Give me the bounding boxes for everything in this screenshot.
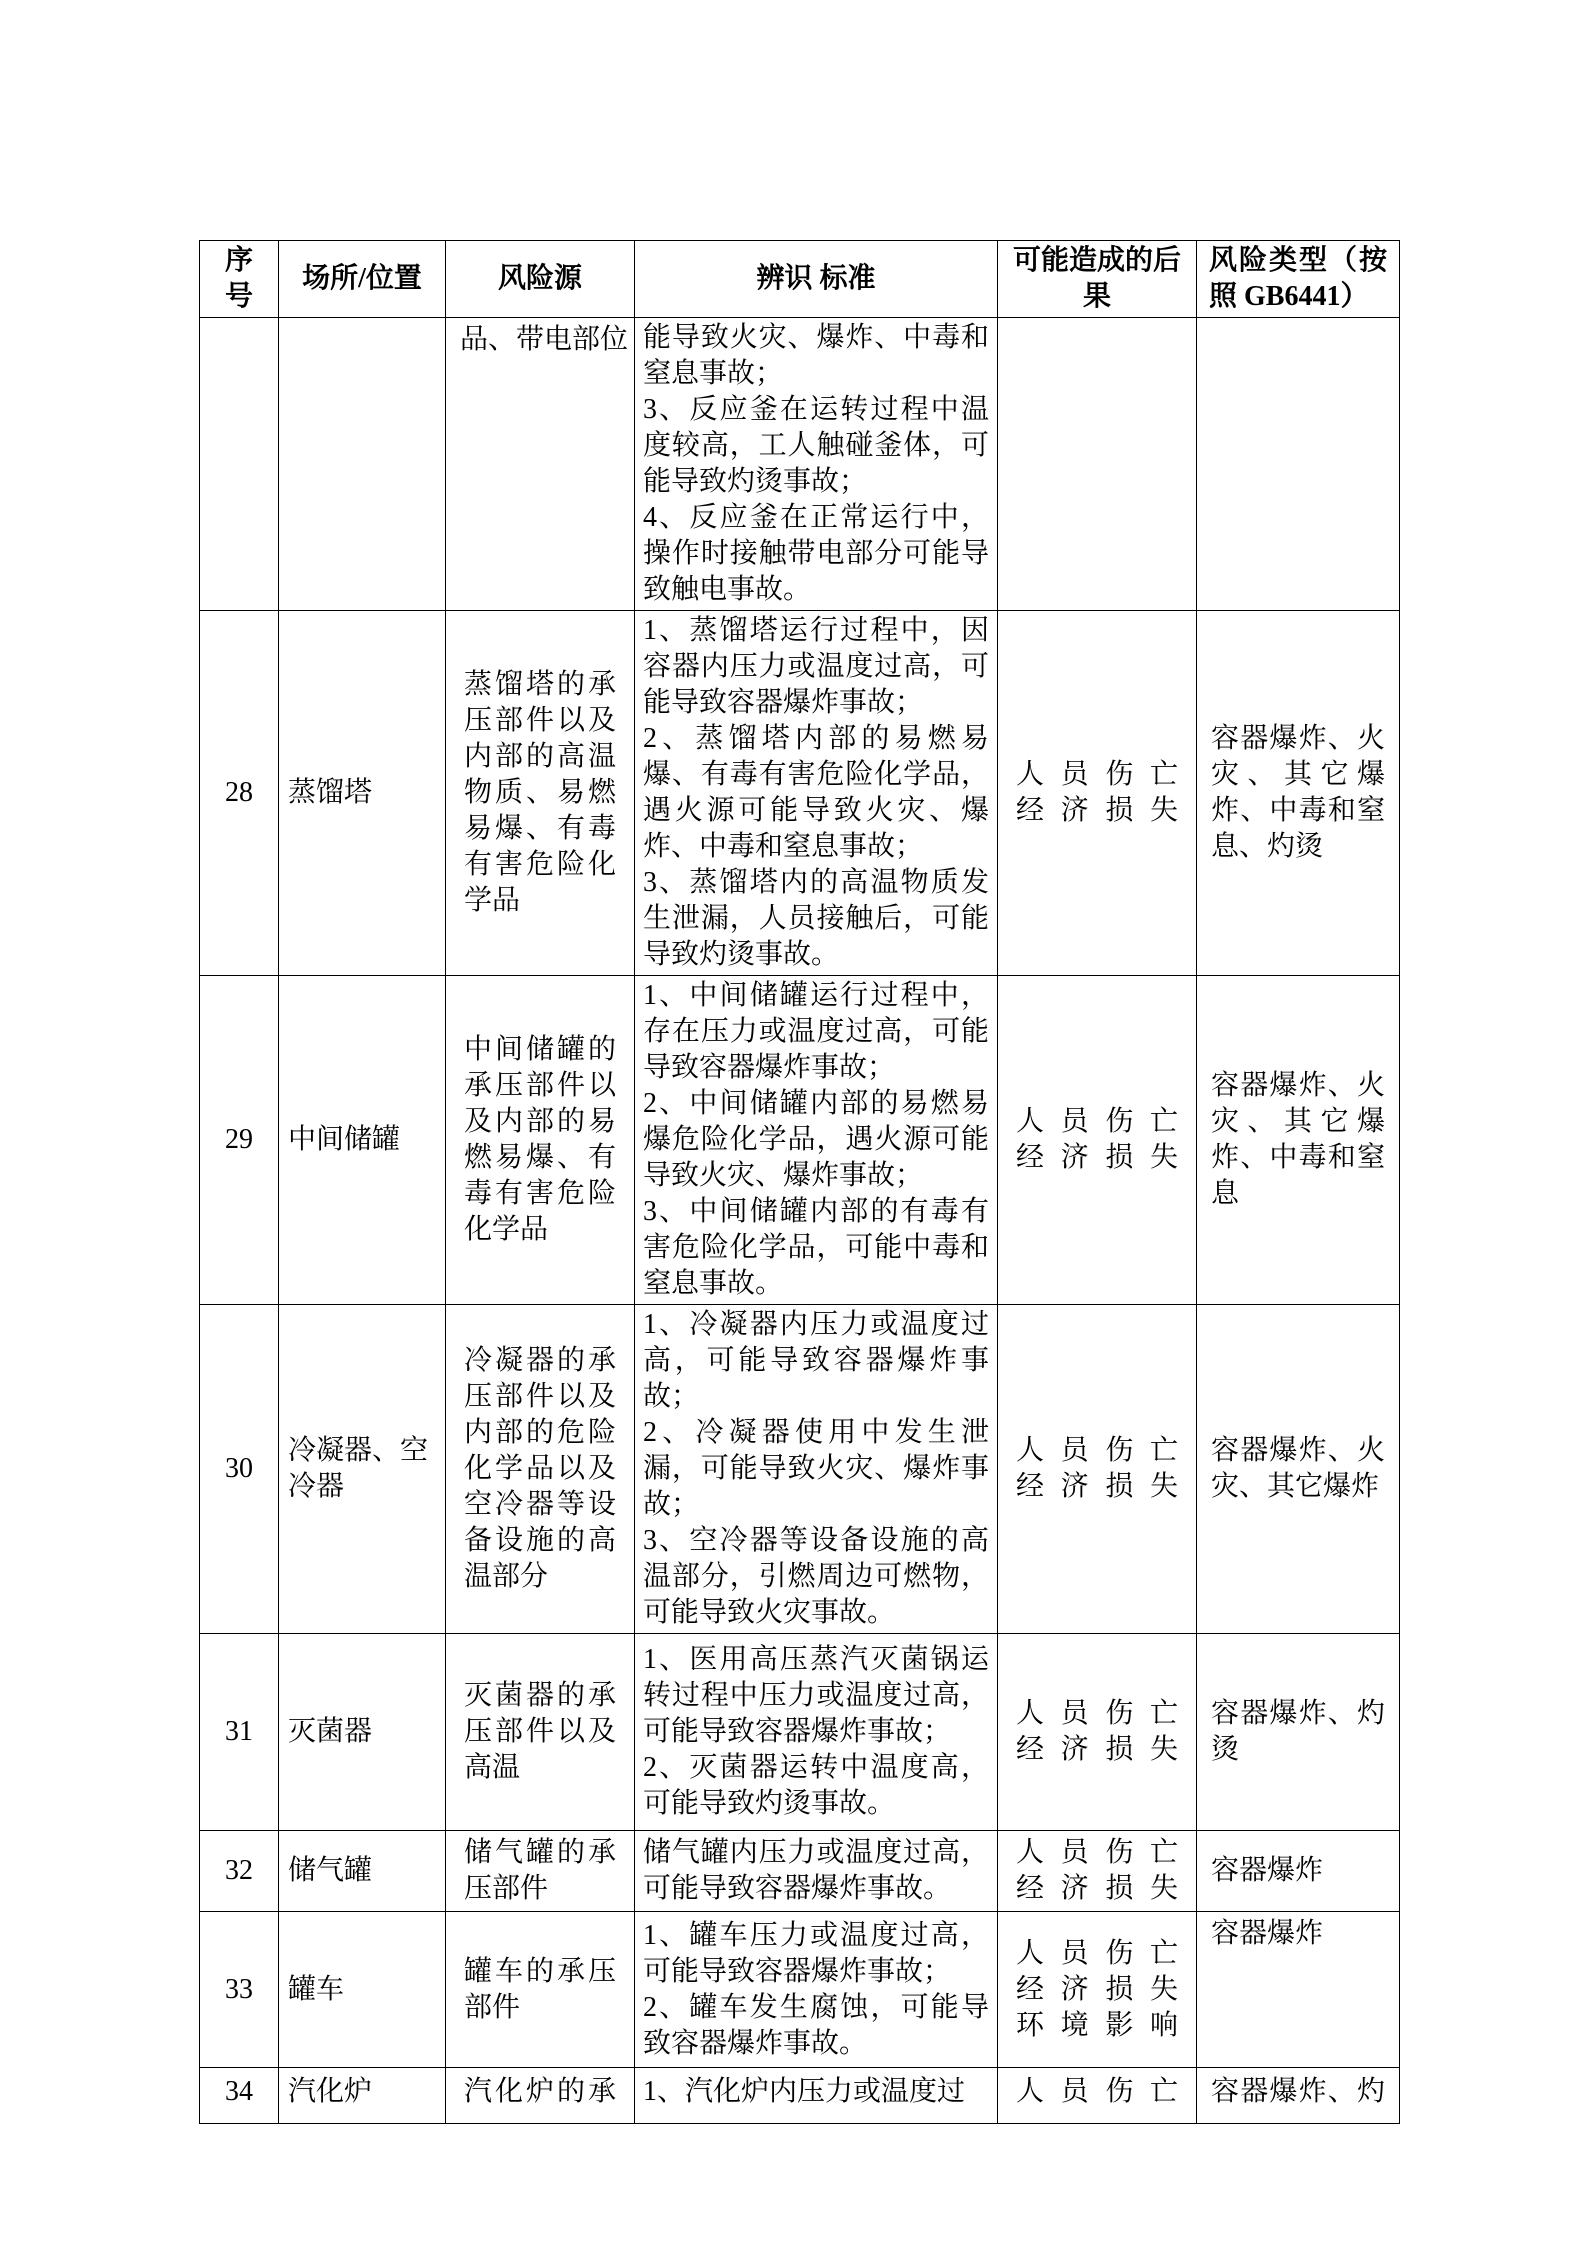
- cell-location: 罐车: [279, 1912, 446, 2068]
- header-risk-source: 风险源: [446, 241, 635, 318]
- cell-index: 29: [200, 976, 279, 1305]
- cell-location: 冷凝器、空冷器: [279, 1305, 446, 1634]
- header-location: 场所/位置: [279, 241, 446, 318]
- cell-location: 蒸馏塔: [279, 611, 446, 976]
- cell-consequence: 人员伤亡 经济损失: [998, 976, 1197, 1305]
- cell-risk-source: 中间储罐的承压部件以及内部的易燃易爆、有毒有害危险化学品: [446, 976, 635, 1305]
- cell-consequence: 人员伤亡 经济损失: [998, 1634, 1197, 1831]
- table-row: 28 蒸馏塔 蒸馏塔的承压部件以及内部的高温物质、易燃易爆、有毒有害危险化学品 …: [200, 611, 1400, 976]
- cell-consequence: [998, 318, 1197, 611]
- header-consequence: 可能造成的后果: [998, 241, 1197, 318]
- cell-location: 储气罐: [279, 1831, 446, 1912]
- cell-risk-type: 容器爆炸、火灾、其它爆炸、中毒和窒息: [1197, 976, 1400, 1305]
- cell-risk-type: [1197, 318, 1400, 611]
- cell-consequence: 人员伤亡 经济损失: [998, 1305, 1197, 1634]
- cell-risk-type: 容器爆炸: [1197, 1912, 1400, 2068]
- header-index: 序号: [200, 241, 279, 318]
- cell-risk-source: 灭菌器的承压部件以及高温: [446, 1634, 635, 1831]
- table-row: 31 灭菌器 灭菌器的承压部件以及高温 1、医用高压蒸汽灭菌锅运转过程中压力或温…: [200, 1634, 1400, 1831]
- cell-location: 灭菌器: [279, 1634, 446, 1831]
- cell-criteria: 1、中间储罐运行过程中，存在压力或温度过高，可能导致容器爆炸事故； 2、中间储罐…: [635, 976, 998, 1305]
- cell-consequence: 人员伤亡: [998, 2068, 1197, 2124]
- table-row: 品、带电部位 能导致火灾、爆炸、中毒和窒息事故； 3、反应釜在运转过程中温度较高…: [200, 318, 1400, 611]
- cell-risk-type: 容器爆炸、火灾、其它爆炸、中毒和窒息、灼烫: [1197, 611, 1400, 976]
- cell-criteria: 1、冷凝器内压力或温度过高，可能导致容器爆炸事故； 2、冷凝器使用中发生泄漏，可…: [635, 1305, 998, 1634]
- cell-criteria: 1、医用高压蒸汽灭菌锅运转过程中压力或温度过高，可能导致容器爆炸事故； 2、灭菌…: [635, 1634, 998, 1831]
- cell-location: 中间储罐: [279, 976, 446, 1305]
- header-criteria: 辨识 标准: [635, 241, 998, 318]
- cell-risk-type: 容器爆炸、灼烫: [1197, 1634, 1400, 1831]
- cell-risk-type: 容器爆炸、火灾、其它爆炸: [1197, 1305, 1400, 1634]
- cell-risk-type: 容器爆炸: [1197, 1831, 1400, 1912]
- cell-risk-source: 品、带电部位: [446, 318, 635, 611]
- cell-location: 汽化炉: [279, 2068, 446, 2124]
- cell-index: [200, 318, 279, 611]
- cell-risk-source: 储气罐的承压部件: [446, 1831, 635, 1912]
- cell-index: 28: [200, 611, 279, 976]
- cell-criteria: 储气罐内压力或温度过高，可能导致容器爆炸事故。: [635, 1831, 998, 1912]
- cell-criteria: 1、汽化炉内压力或温度过: [635, 2068, 998, 2124]
- document-page: { "page": { "background": "#ffffff", "te…: [0, 0, 1587, 2245]
- table-header-row: 序号 场所/位置 风险源 辨识 标准 可能造成的后果 风险类型（按照 GB644…: [200, 241, 1400, 318]
- cell-index: 32: [200, 1831, 279, 1912]
- header-risk-type: 风险类型（按照 GB6441）: [1197, 241, 1400, 318]
- table-row: 29 中间储罐 中间储罐的承压部件以及内部的易燃易爆、有毒有害危险化学品 1、中…: [200, 976, 1400, 1305]
- cell-risk-type: 容器爆炸、灼: [1197, 2068, 1400, 2124]
- cell-consequence: 人员伤亡 经济损失: [998, 611, 1197, 976]
- cell-location: [279, 318, 446, 611]
- table-row: 33 罐车 罐车的承压部件 1、罐车压力或温度过高，可能导致容器爆炸事故； 2、…: [200, 1912, 1400, 2068]
- cell-risk-source: 蒸馏塔的承压部件以及内部的高温物质、易燃易爆、有毒有害危险化学品: [446, 611, 635, 976]
- table-row: 30 冷凝器、空冷器 冷凝器的承压部件以及内部的危险化学品以及空冷器等设备设施的…: [200, 1305, 1400, 1634]
- cell-index: 31: [200, 1634, 279, 1831]
- cell-risk-source: 冷凝器的承压部件以及内部的危险化学品以及空冷器等设备设施的高温部分: [446, 1305, 635, 1634]
- table-row: 32 储气罐 储气罐的承压部件 储气罐内压力或温度过高，可能导致容器爆炸事故。 …: [200, 1831, 1400, 1912]
- risk-identification-table: 序号 场所/位置 风险源 辨识 标准 可能造成的后果 风险类型（按照 GB644…: [199, 240, 1400, 2124]
- cell-risk-source: 汽化炉的承: [446, 2068, 635, 2124]
- cell-criteria: 能导致火灾、爆炸、中毒和窒息事故； 3、反应釜在运转过程中温度较高，工人触碰釜体…: [635, 318, 998, 611]
- table-row: 34 汽化炉 汽化炉的承 1、汽化炉内压力或温度过 人员伤亡 容器爆炸、灼: [200, 2068, 1400, 2124]
- cell-consequence: 人员伤亡 经济损失 环境影响: [998, 1912, 1197, 2068]
- cell-criteria: 1、蒸馏塔运行过程中，因容器内压力或温度过高，可能导致容器爆炸事故； 2、蒸馏塔…: [635, 611, 998, 976]
- cell-risk-source: 罐车的承压部件: [446, 1912, 635, 2068]
- cell-criteria: 1、罐车压力或温度过高，可能导致容器爆炸事故； 2、罐车发生腐蚀，可能导致容器爆…: [635, 1912, 998, 2068]
- cell-consequence: 人员伤亡 经济损失: [998, 1831, 1197, 1912]
- cell-index: 34: [200, 2068, 279, 2124]
- cell-index: 30: [200, 1305, 279, 1634]
- cell-index: 33: [200, 1912, 279, 2068]
